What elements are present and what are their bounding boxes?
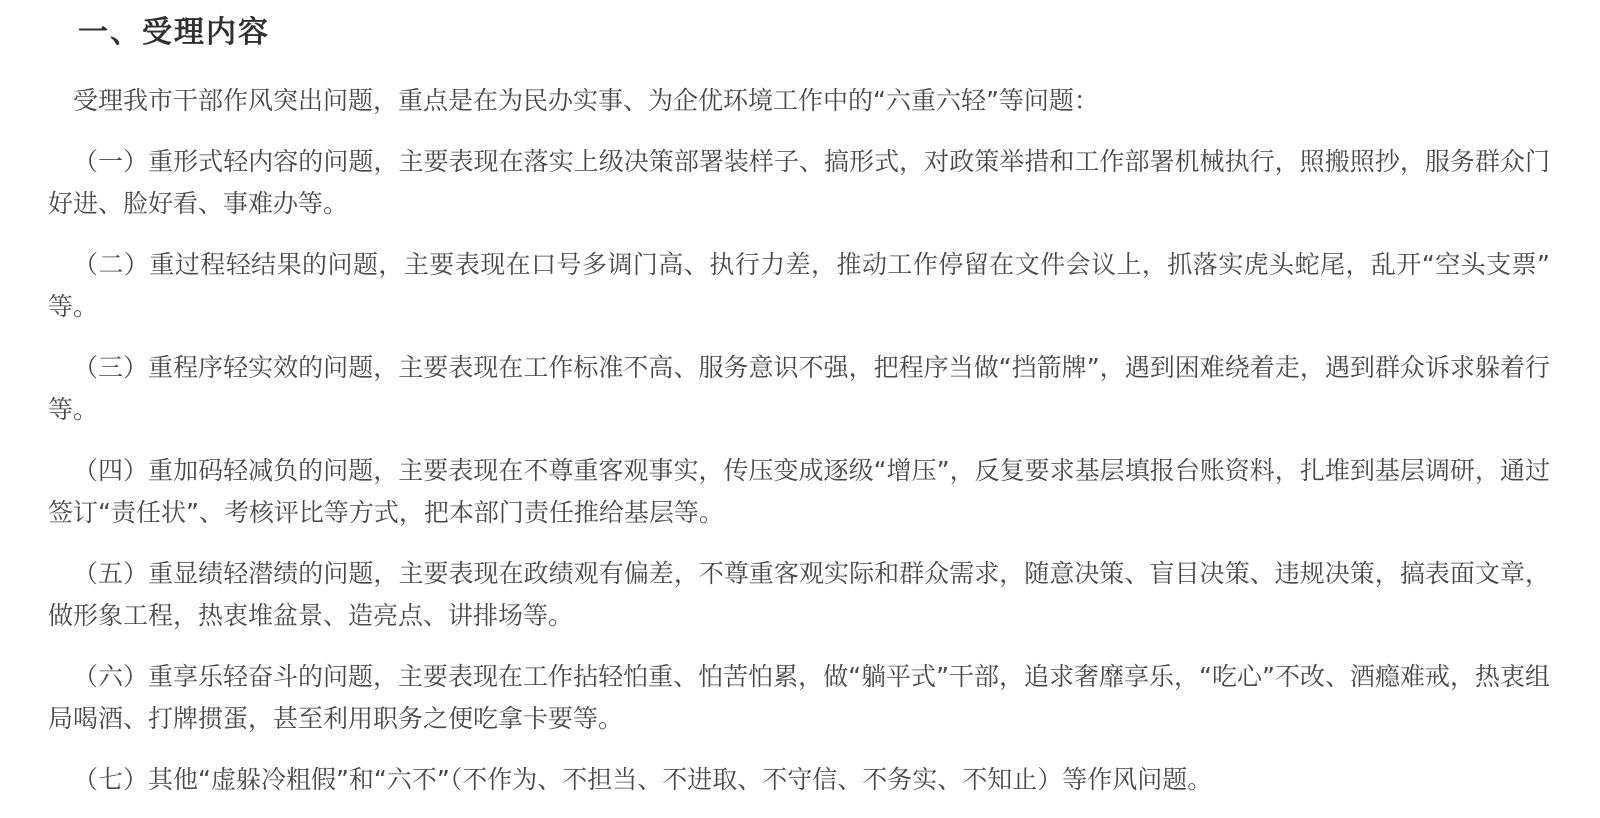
section-heading: 一、受理内容 bbox=[48, 12, 1550, 54]
document-page: 一、受理内容 受理我市干部作风突出问题，重点是在为民办实事、为企优环境工作中的“… bbox=[0, 0, 1600, 818]
clause-paragraph-7: （七）其他“虚躲冷粗假”和“六不”（不作为、不担当、不进取、不守信、不务实、不知… bbox=[48, 759, 1550, 802]
clause-paragraph-3: （三）重程序轻实效的问题，主要表现在工作标准不高、服务意识不强，把程序当做“挡箭… bbox=[48, 347, 1550, 432]
clause-paragraph-2: （二）重过程轻结果的问题，主要表现在口号多调门高、执行力差，推动工作停留在文件会… bbox=[48, 244, 1550, 329]
clause-paragraph-4: （四）重加码轻减负的问题，主要表现在不尊重客观事实，传压变成逐级“增压”，反复要… bbox=[48, 450, 1550, 535]
clause-paragraph-1: （一）重形式轻内容的问题，主要表现在落实上级决策部署装样子、搞形式，对政策举措和… bbox=[48, 141, 1550, 226]
clause-paragraph-5: （五）重显绩轻潜绩的问题，主要表现在政绩观有偏差，不尊重客观实际和群众需求，随意… bbox=[48, 553, 1550, 638]
intro-paragraph: 受理我市干部作风突出问题，重点是在为民办实事、为企优环境工作中的“六重六轻”等问… bbox=[48, 80, 1550, 123]
clause-paragraph-6: （六）重享乐轻奋斗的问题，主要表现在工作拈轻怕重、怕苦怕累，做“躺平式”干部，追… bbox=[48, 656, 1550, 741]
